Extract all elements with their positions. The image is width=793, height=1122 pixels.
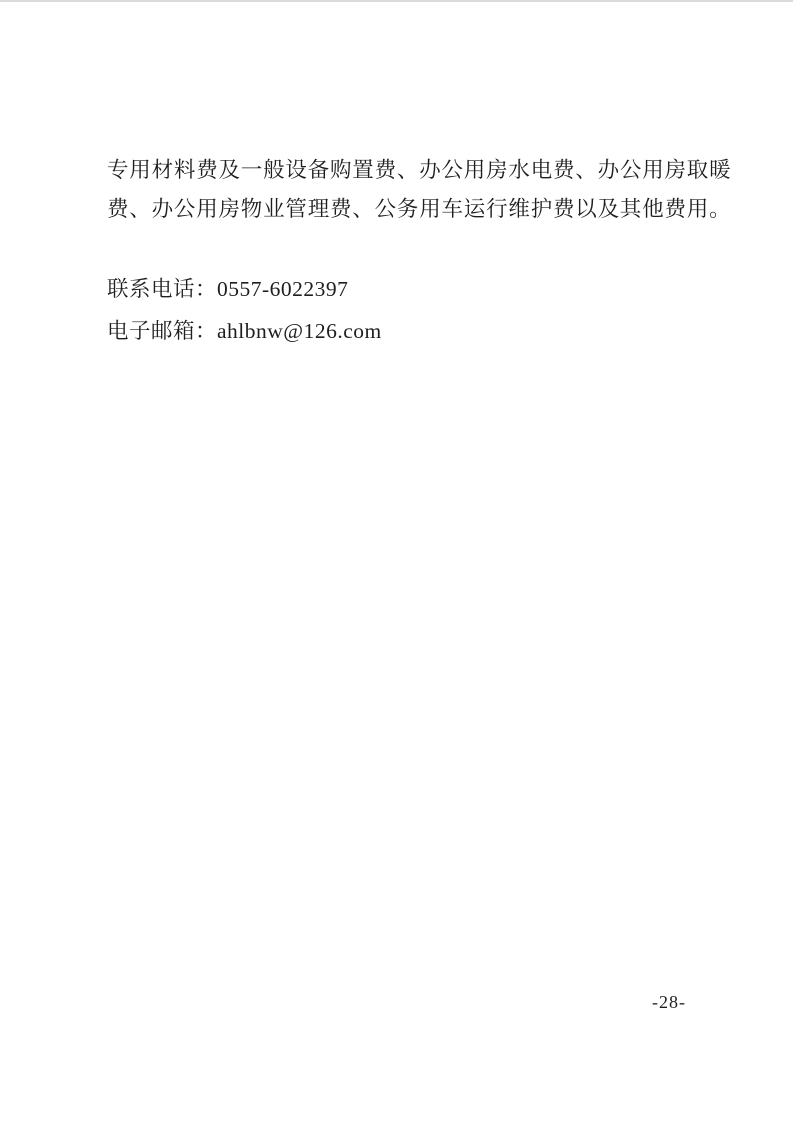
document-body: 专用材料费及一般设备购置费、办公用房水电费、办公用房取暖 费、办公用房物业管理费… (107, 151, 741, 352)
paragraph-line-1: 专用材料费及一般设备购置费、办公用房水电费、办公用房取暖 (107, 151, 741, 190)
contact-phone-line: 联系电话：0557-6022397 (107, 268, 741, 310)
document-page: 专用材料费及一般设备购置费、办公用房水电费、办公用房取暖 费、办公用房物业管理费… (0, 0, 793, 1122)
page-number: -28- (652, 992, 686, 1013)
blank-line (107, 229, 741, 268)
paragraph-line-2: 费、办公用房物业管理费、公务用车运行维护费以及其他费用。 (107, 190, 741, 229)
scan-edge-artifact (0, 0, 793, 2)
contact-email-line: 电子邮箱：ahlbnw@126.com (107, 310, 741, 352)
